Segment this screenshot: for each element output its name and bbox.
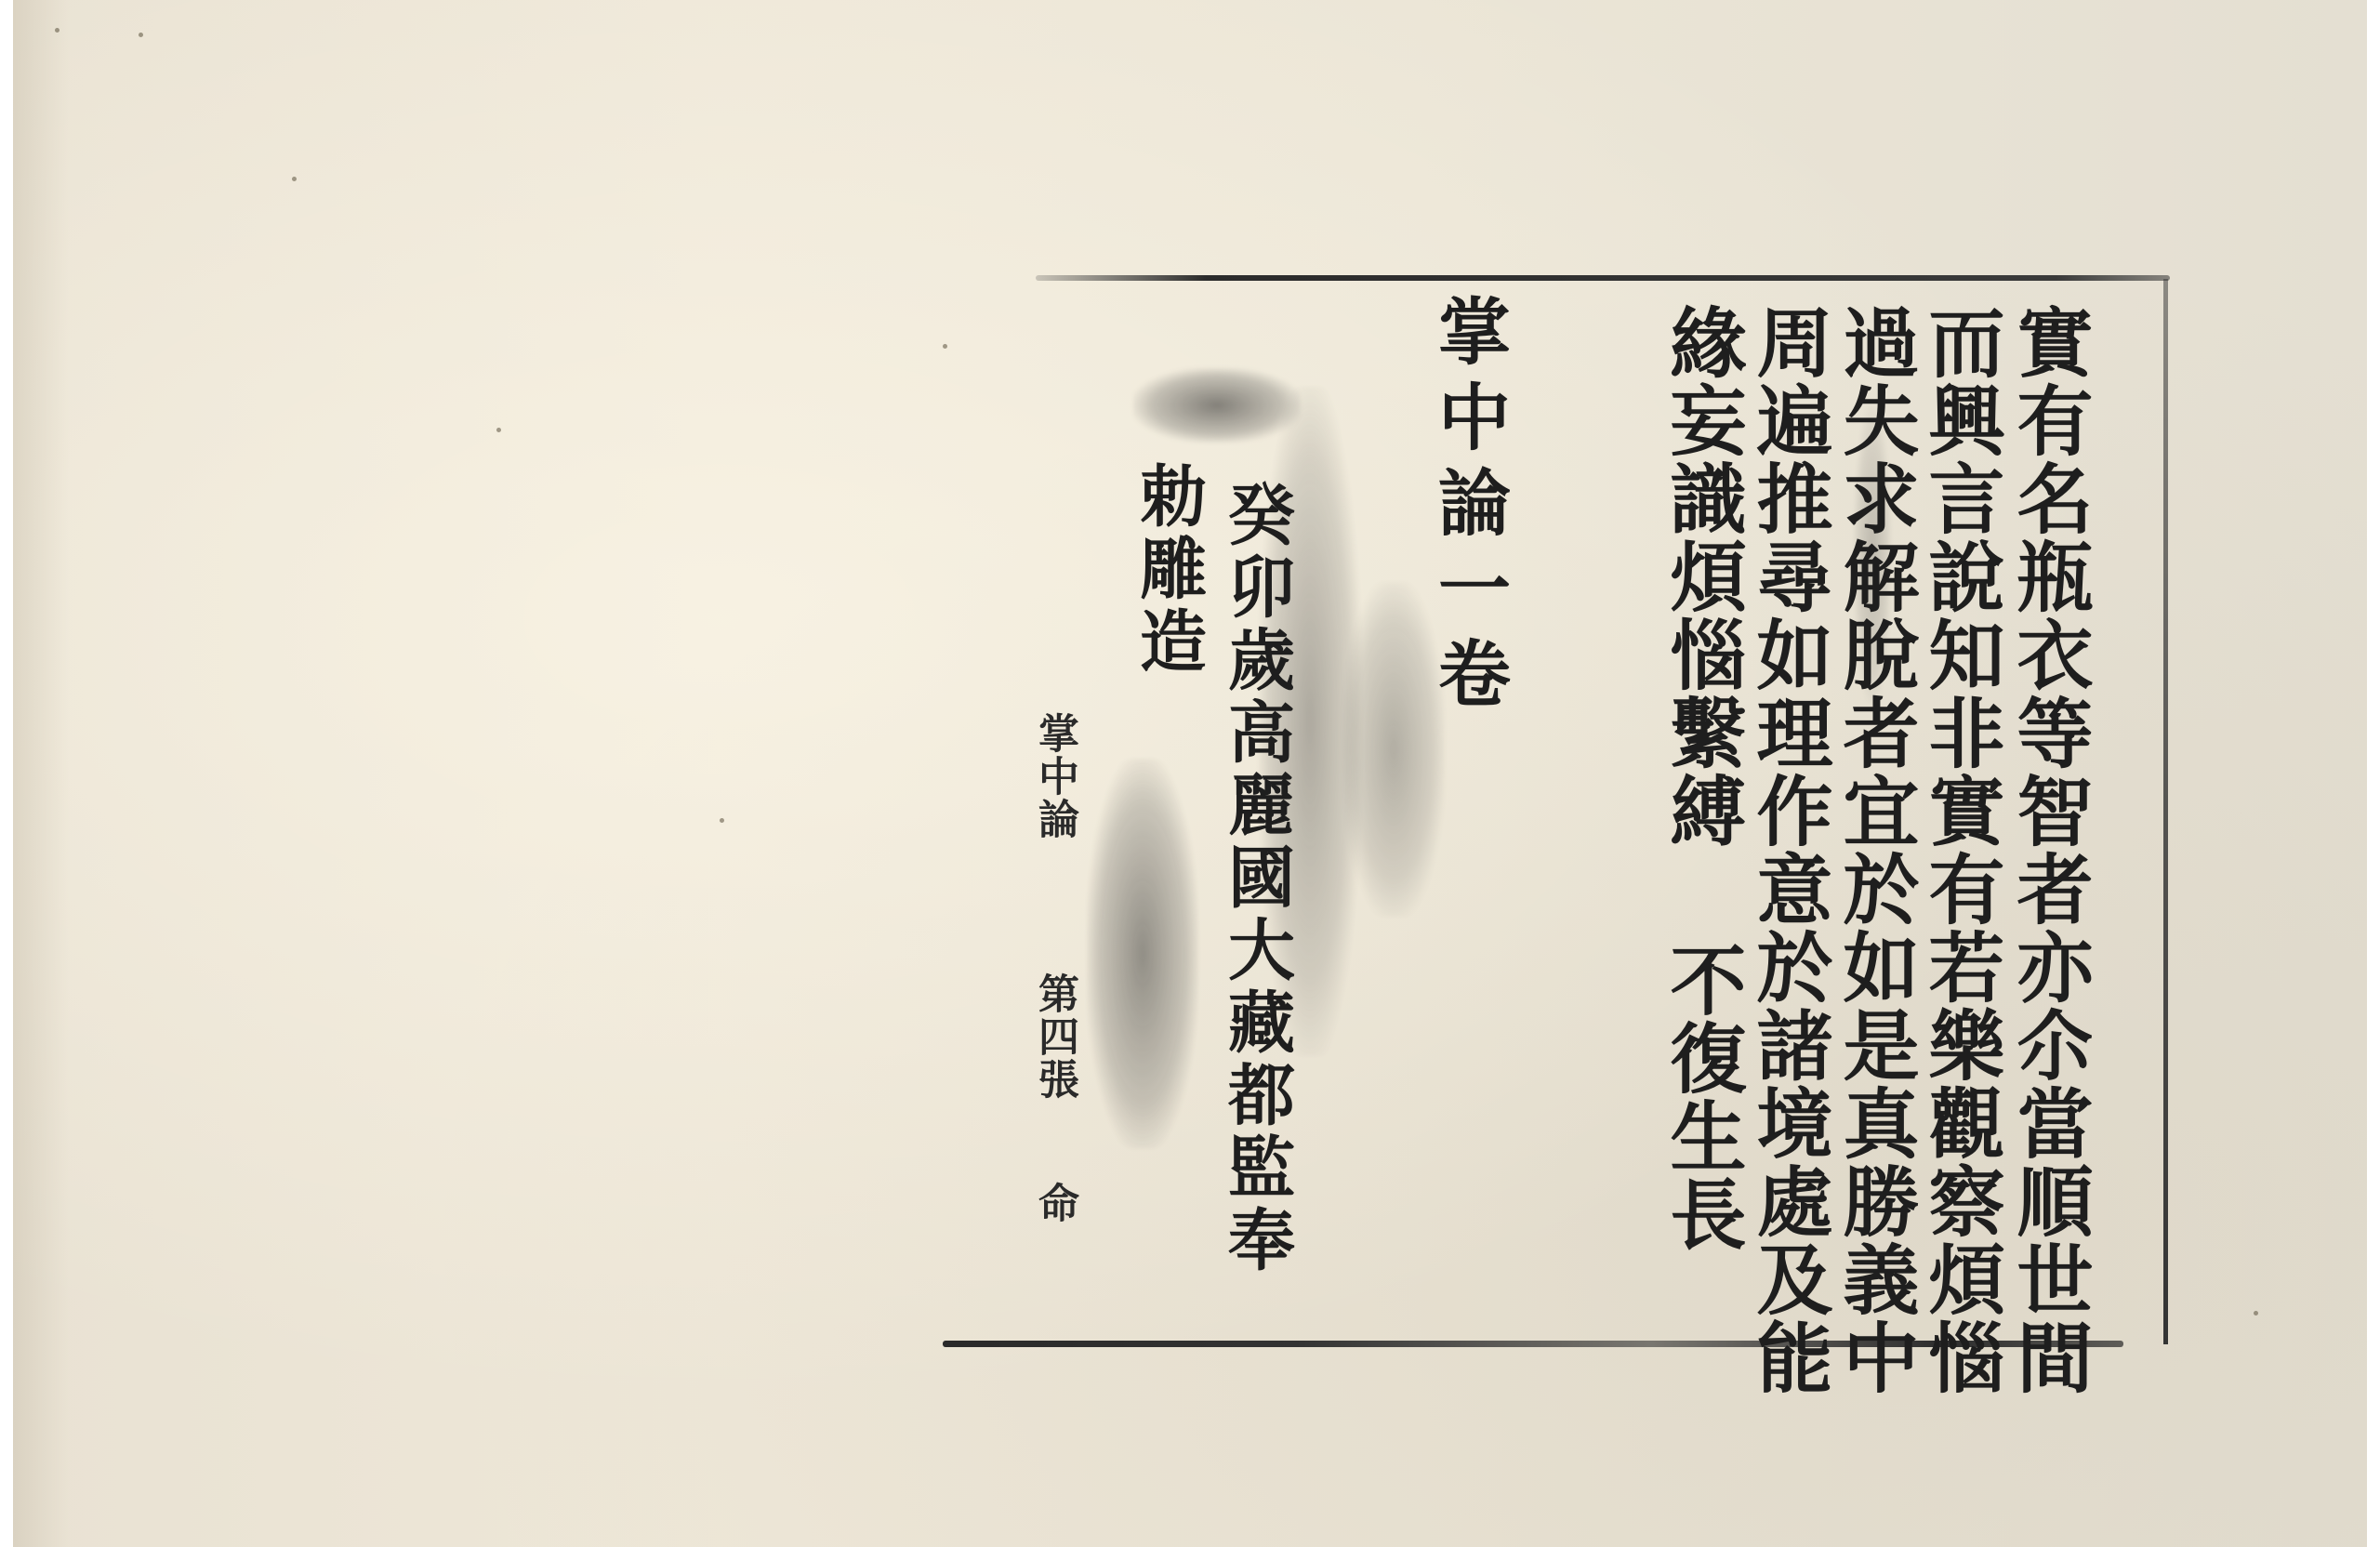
sutra-title: 掌中論一卷: [1426, 294, 1510, 721]
printed-block-frame: 實有名瓶衣等智者亦尒當順世間 而興言說知非實有若樂觀察煩惱 過失求解脫者宜於如是…: [906, 275, 2166, 1346]
margin-page-label: 第四張: [1031, 972, 1078, 1101]
paper-speck: [2254, 1311, 2258, 1316]
text-column-3: 過失求解脫者宜於如是真勝義中: [1833, 303, 1917, 1396]
paper-fold-shadow: [13, 0, 69, 1547]
paper-speck: [292, 177, 297, 181]
ink-smudge: [1087, 759, 1198, 1149]
text-column-2: 而興言說知非實有若樂觀察煩惱: [1919, 303, 2003, 1396]
text-column-4: 周遍推尋如理作意於諸境處及能: [1747, 303, 1831, 1396]
colophon-line-1: 癸卯歲高麗國大藏都監奉: [1217, 480, 1295, 1277]
frame-right-rule: [2163, 279, 2168, 1344]
ink-smudge: [1133, 368, 1301, 443]
text-column-1: 實有名瓶衣等智者亦尒當順世間: [2007, 303, 2091, 1396]
paper-speck: [496, 428, 501, 432]
paper-speck: [55, 28, 59, 33]
margin-sutra-name: 掌中論: [1031, 712, 1078, 840]
frame-top-rule: [1036, 275, 2170, 281]
paper-speck: [139, 33, 143, 37]
colophon-line-2: 勅雕造: [1129, 461, 1207, 679]
text-column-5: 緣妄識煩惱繫縛 不復生長: [1660, 303, 1744, 1253]
margin-carver-name: 命: [1031, 1182, 1078, 1224]
paper-page: 實有名瓶衣等智者亦尒當順世間 而興言說知非實有若樂觀察煩惱 過失求解脫者宜於如是…: [13, 0, 2367, 1547]
paper-speck: [720, 818, 724, 823]
